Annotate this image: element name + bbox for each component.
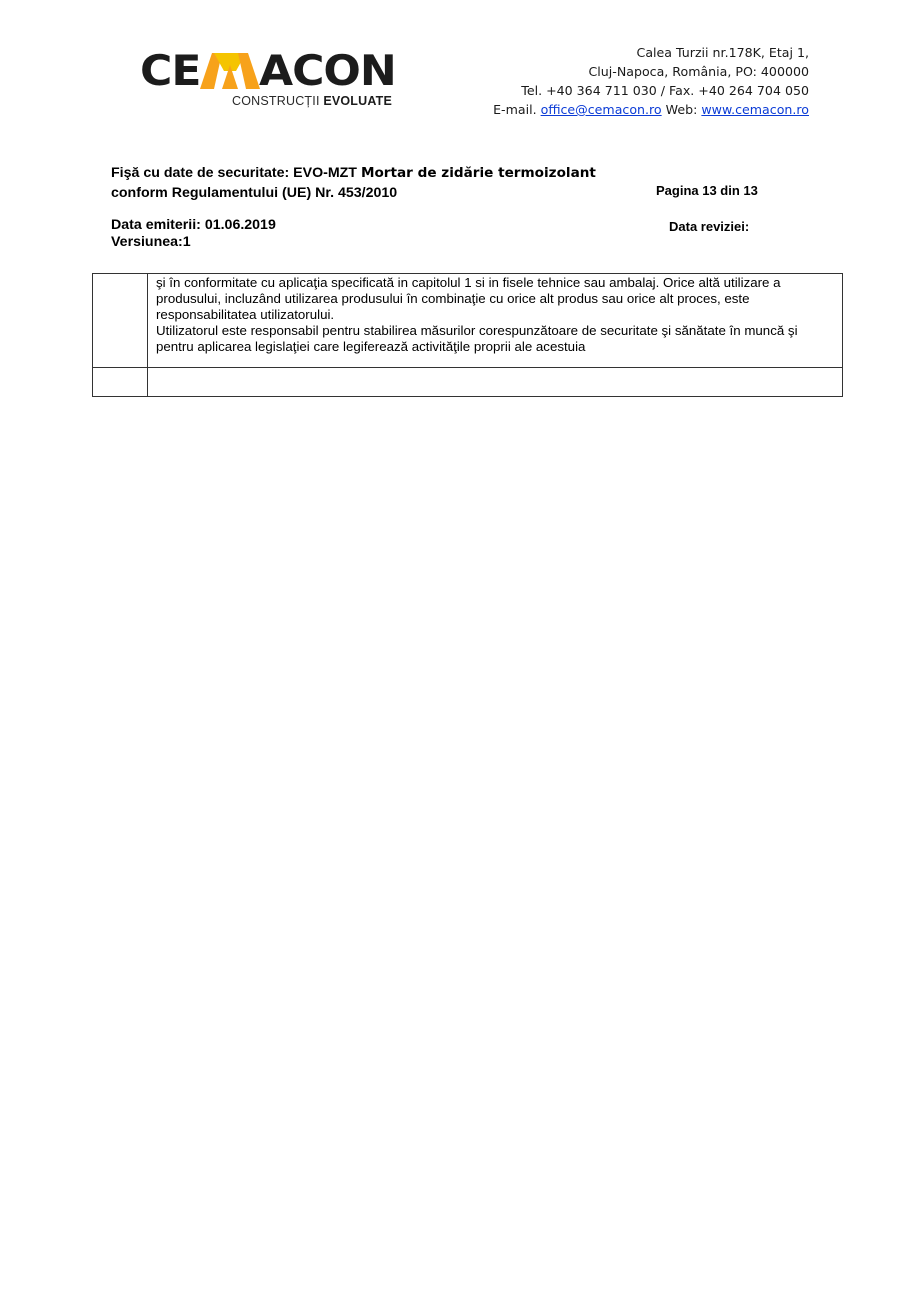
logo-tagline: CONSTRUCȚII EVOLUATE [232, 94, 392, 108]
logo-text-acon: ACON [259, 52, 396, 90]
address-line-2: Cluj-Napoca, România, PO: 400000 [493, 62, 809, 81]
page-number: Pagina 13 din 13 [656, 183, 758, 198]
address-line-1: Calea Turzii nr.178K, Etaj 1, [493, 43, 809, 62]
title-line-2: conform Regulamentului (UE) Nr. 453/2010 [111, 183, 596, 203]
email-label: E-mail. [493, 102, 537, 117]
title-part-a: Fişă cu date de securitate: EVO-MZT [111, 165, 357, 181]
title-part-b: Mortar de zidărie termoizolant [361, 165, 596, 181]
tagline-regular: CONSTRUCȚII [232, 94, 320, 108]
document-title: Fişă cu date de securitate: EVO-MZT Mort… [111, 163, 596, 203]
table-row: şi în conformitate cu aplicaţia specific… [93, 274, 843, 368]
table-cell-label [93, 274, 148, 368]
cell-text: şi în conformitate cu aplicaţia specific… [148, 274, 842, 355]
cemacon-logo: CE ACON CONSTRUCȚII EVOLUATE [140, 52, 390, 112]
content-table: şi în conformitate cu aplicaţia specific… [92, 273, 843, 397]
web-link[interactable]: www.cemacon.ro [701, 102, 809, 117]
issue-info: Data emiterii: 01.06.2019 Versiunea:1 [111, 217, 276, 251]
table-row [93, 368, 843, 397]
title-line-1: Fişă cu date de securitate: EVO-MZT Mort… [111, 163, 596, 183]
table-cell-content [148, 368, 843, 397]
issue-date: Data emiterii: 01.06.2019 [111, 217, 276, 234]
paragraph-responsibility: Utilizatorul este responsabil pentru sta… [156, 323, 836, 355]
company-address: Calea Turzii nr.178K, Etaj 1, Cluj-Napoc… [493, 43, 809, 119]
web-label: Web: [666, 102, 698, 117]
table-cell-label [93, 368, 148, 397]
version: Versiunea:1 [111, 234, 276, 251]
table-cell-content: şi în conformitate cu aplicaţia specific… [148, 274, 843, 368]
paragraph-usage: şi în conformitate cu aplicaţia specific… [156, 275, 836, 323]
address-contact: E-mail. office@cemacon.ro Web: www.cemac… [493, 100, 809, 119]
logo-text-ce: CE [140, 52, 200, 90]
email-link[interactable]: office@cemacon.ro [541, 102, 662, 117]
logo-brand-left: CE [140, 52, 198, 90]
tagline-bold: EVOLUATE [323, 94, 392, 108]
logo-brand-right: ACON [259, 52, 389, 90]
revision-date: Data reviziei: [669, 219, 749, 234]
address-phone-fax: Tel. +40 364 711 030 / Fax. +40 264 704 … [493, 81, 809, 100]
logo-m-shape-icon [200, 53, 260, 89]
